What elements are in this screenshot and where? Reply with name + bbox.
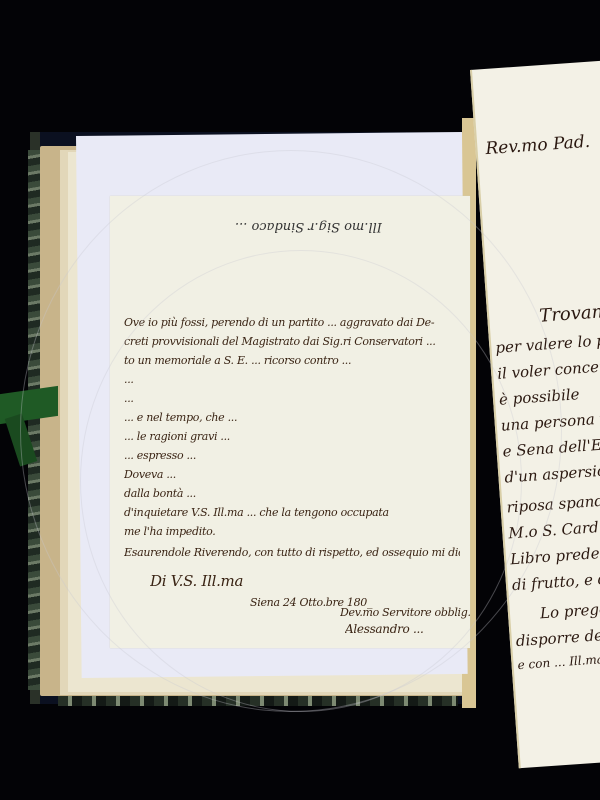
right-page-line: Lo prego C bbox=[539, 599, 600, 623]
right-page-line: e con ... Ill.ma Stima bbox=[517, 649, 600, 672]
right-page-line: Trovand bbox=[539, 301, 600, 327]
right-page-line: disporre detto Lu bbox=[515, 623, 600, 650]
watermark-ring bbox=[80, 250, 522, 712]
right-page-heading: Rev.mo Pad. bbox=[485, 132, 591, 159]
